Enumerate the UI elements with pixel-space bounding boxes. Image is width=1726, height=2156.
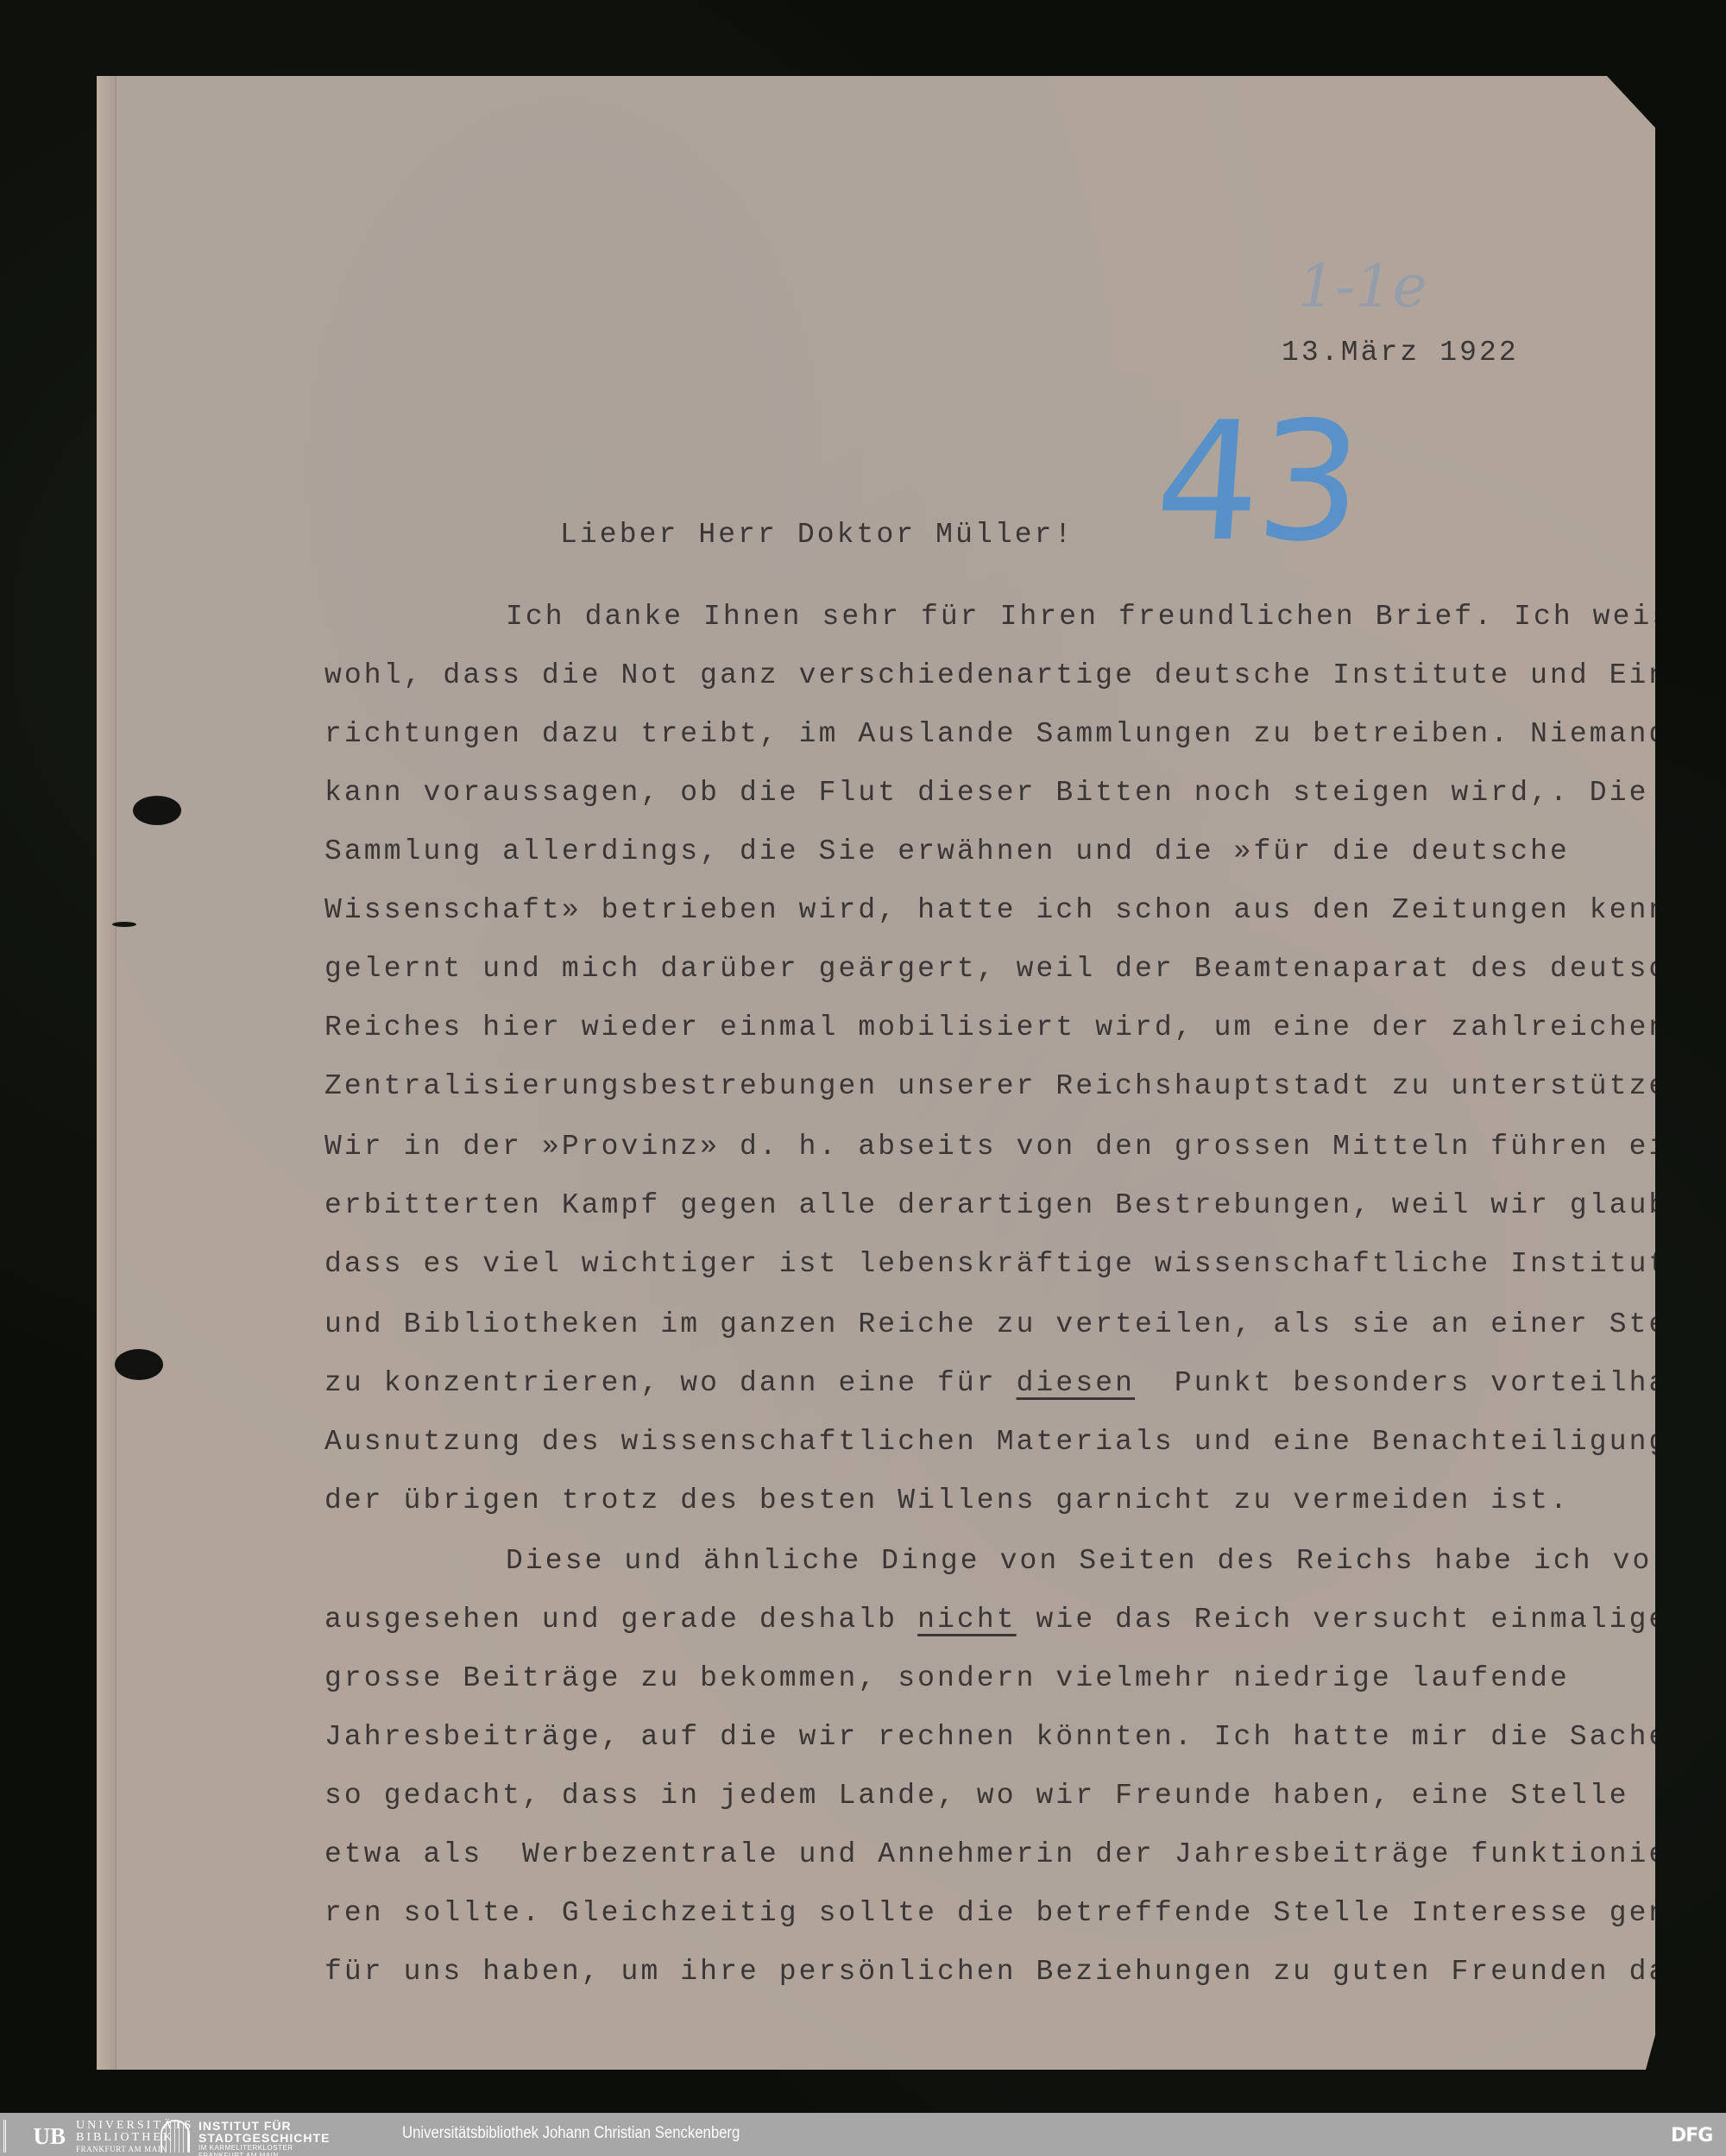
text-segment: wie das Reich versucht einmalige xyxy=(1017,1604,1669,1636)
body-line: Wir in der »Provinz» d. h. abseits von d… xyxy=(324,1131,1708,1163)
body-line: gelernt und mich darüber geärgert, weil … xyxy=(324,953,1726,985)
body-line: erbitterten Kampf gegen alle derartigen … xyxy=(324,1189,1726,1221)
body-line: etwa als Werbezentrale und Annehmerin de… xyxy=(324,1838,1688,1870)
body-line: Jahresbeiträge, auf die wir rechnen könn… xyxy=(324,1721,1668,1753)
body-line: der übrigen trotz des besten Willens gar… xyxy=(324,1485,1570,1516)
body-line: dass es viel wichtiger ist lebenskräftig… xyxy=(324,1248,1688,1280)
body-line: kann voraussagen, ob die Flut dieser Bit… xyxy=(324,777,1649,809)
body-line: für uns haben, um ihre persönlichen Bezi… xyxy=(324,1956,1708,1988)
punch-hole xyxy=(115,1349,163,1380)
body-line-with-underline: zu konzentrieren, wo dann eine für diese… xyxy=(324,1367,1726,1399)
gothic-arch-icon xyxy=(161,2120,190,2153)
library-name: Universitätsbibliothek Johann Christian … xyxy=(402,2124,740,2143)
body-line-with-underline: ausgesehen und gerade deshalb nicht wie … xyxy=(324,1604,1668,1636)
ub-mark-text: UB xyxy=(33,2123,66,2150)
text-segment: zu konzentrieren, wo dann eine für xyxy=(324,1367,1017,1399)
underlined-word: diesen xyxy=(1017,1367,1135,1399)
text-segment: Punkt besonders vorteilhafte xyxy=(1135,1367,1726,1399)
ub-mark-icon: UB xyxy=(3,2120,69,2153)
isg-logo-line1: INSTITUT FÜR xyxy=(198,2120,330,2132)
body-line: so gedacht, dass in jedem Lande, wo wir … xyxy=(324,1780,1629,1812)
punch-hole-mark xyxy=(112,922,136,927)
body-line: grosse Beiträge zu bekommen, sondern vie… xyxy=(324,1662,1570,1694)
isg-logo-line4: FRANKFURT AM MAIN xyxy=(198,2153,330,2156)
body-line: Ausnutzung des wissenschaftlichen Materi… xyxy=(324,1426,1668,1458)
body-line: Sammlung allerdings, die Sie erwähnen un… xyxy=(324,835,1570,867)
body-line: Ich danke Ihnen sehr für Ihren freundlic… xyxy=(506,601,1691,633)
letter-page: 1-1e 13.März 1922 43 Lieber Herr Doktor … xyxy=(97,76,1655,2070)
body-line: Zentralisierungsbestrebungen unserer Rei… xyxy=(324,1070,1708,1102)
handwritten-archive-mark: 1-1e xyxy=(1298,253,1427,321)
body-line: ren sollte. Gleichzeitig sollte die betr… xyxy=(324,1897,1708,1929)
isg-logo-line2: STADTGESCHICHTE xyxy=(198,2132,330,2144)
body-line: Reiches hier wieder einmal mobilisiert w… xyxy=(324,1012,1668,1043)
letter-date: 13.März 1922 xyxy=(1282,337,1519,369)
body-line: und Bibliotheken im ganzen Reiche zu ver… xyxy=(324,1308,1726,1340)
body-line: wohl, dass die Not ganz verschiedenartig… xyxy=(324,659,1688,691)
dfg-logo[interactable]: DFG xyxy=(1671,2125,1712,2147)
letter-salutation: Lieber Herr Doktor Müller! xyxy=(560,519,1074,551)
body-line: richtungen dazu treibt, im Auslande Samm… xyxy=(324,718,1668,750)
underlined-word: nicht xyxy=(917,1604,1017,1636)
isg-logo-text: INSTITUT FÜR STADTGESCHICHTE IM KARMELIT… xyxy=(198,2120,330,2156)
isg-logo-line3: IM KARMELITERKLOSTER xyxy=(198,2145,330,2152)
viewer-footer-bar: UB UNIVERSITÄTS BIBLIOTHEK FRANKFURT AM … xyxy=(0,2113,1726,2156)
punch-hole xyxy=(133,796,181,825)
body-line: Diese und ähnliche Dinge von Seiten des … xyxy=(506,1545,1691,1577)
body-line: Wissenschaft» betrieben wird, hatte ich … xyxy=(324,894,1708,926)
ub-frankfurt-logo[interactable]: UB UNIVERSITÄTS BIBLIOTHEK FRANKFURT AM … xyxy=(3,2120,176,2153)
text-segment: ausgesehen und gerade deshalb xyxy=(324,1604,917,1636)
handwritten-folio-number: 43 xyxy=(1150,387,1364,577)
page-fold-edge xyxy=(97,76,117,2070)
